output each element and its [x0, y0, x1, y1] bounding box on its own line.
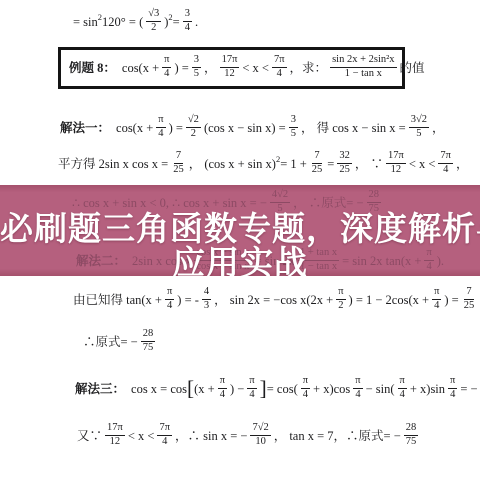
- math-line-intro-result: = sin2120° = (√32)2 = 34.: [73, 7, 198, 37]
- math-fraction: 7√210: [250, 422, 270, 448]
- math-text: ，求：: [290, 53, 328, 83]
- math-fraction: π4: [448, 375, 457, 401]
- example-8-box: 例题 8：cos(x + π4) = 35，17π12 < x < 7π4，求：…: [58, 47, 405, 89]
- math-text: ， 得 cos x − sin x =: [301, 113, 406, 143]
- math-text: ，: [432, 113, 445, 143]
- bold-label: 例题 8：: [69, 53, 116, 83]
- math-text: ) =: [169, 113, 183, 143]
- math-fraction: √32: [146, 8, 161, 34]
- math-text: < x <: [409, 149, 436, 179]
- banner-title-line-2: 应用实战: [0, 237, 480, 276]
- math-text: cos(x +: [122, 53, 159, 83]
- math-text: + x)cos: [313, 374, 350, 404]
- math-text: =: [327, 149, 334, 179]
- bold-label: 解法一：: [60, 113, 110, 143]
- math-text: ∴原式= −: [83, 327, 138, 357]
- bold-label: 解法三：: [75, 374, 125, 404]
- math-fraction: π4: [301, 375, 310, 401]
- math-fraction: 725: [171, 150, 186, 176]
- math-text: < x <: [128, 421, 155, 451]
- math-text: < x <: [242, 53, 269, 83]
- math-line-solution-3: 解法三：cos x = cos[(x + π4) − π4] = cos(π4 …: [75, 374, 480, 404]
- math-text: (x +: [194, 374, 215, 404]
- math-text: (cos x − sin x) =: [204, 113, 286, 143]
- math-fraction: 34: [183, 8, 192, 34]
- math-text: 由已知得 tan(x +: [73, 285, 162, 315]
- math-fraction: √22: [186, 114, 201, 140]
- math-fraction: 7π4: [272, 54, 287, 80]
- math-fraction: 7π4: [157, 422, 172, 448]
- math-fraction: 17π12: [105, 422, 125, 448]
- math-line-square-step: 平方得 2sin x cos x = 725， (cos x + sin x)2…: [58, 149, 469, 179]
- math-text: 平方得 2sin x cos x =: [58, 149, 168, 179]
- math-fraction: π4: [247, 375, 256, 401]
- math-text: .: [195, 7, 198, 37]
- math-fraction: 17π12: [220, 54, 240, 80]
- math-line-result-2: ∴原式= − 2875: [83, 327, 158, 357]
- math-text: =: [173, 7, 180, 37]
- math-text: ) =: [174, 53, 188, 83]
- math-text: = −: [460, 374, 477, 404]
- math-fraction: 725: [462, 286, 477, 312]
- math-fraction: sin 2x + 2sin²x1 − tan x: [330, 54, 396, 80]
- document-page: = sin2120° = (√32)2 = 34. 例题 8：cos(x + π…: [0, 0, 480, 480]
- math-fraction: 17π12: [386, 150, 406, 176]
- math-fraction: π4: [353, 375, 362, 401]
- math-text: ) = -: [177, 285, 199, 315]
- math-fraction: 35: [289, 114, 298, 140]
- math-text: ) −: [230, 374, 244, 404]
- math-fraction: 35: [192, 54, 201, 80]
- math-fraction: 3√25: [409, 114, 429, 140]
- promo-banner-overlay: ∴ cos x + sin x < 0, ∴ cos x + sin x = −…: [0, 185, 480, 276]
- math-line-solution-1: 解法一：cos(x + π4) = √22(cos x − sin x) = 3…: [60, 113, 445, 143]
- math-text: ， ∵: [355, 149, 383, 179]
- math-text: ) =: [444, 285, 458, 315]
- math-text: = cos(: [267, 374, 298, 404]
- big-bracket: ]: [260, 373, 267, 403]
- math-text: 120° = (: [102, 7, 143, 37]
- math-text: 又∵: [77, 421, 102, 451]
- math-fraction: 2875: [404, 422, 419, 448]
- math-fraction: 3225: [337, 150, 352, 176]
- math-text: = 1 +: [280, 149, 307, 179]
- math-text: ， (cos x + sin x): [189, 149, 276, 179]
- math-fraction: π4: [165, 286, 174, 312]
- math-text: − sin(: [366, 374, 395, 404]
- math-fraction: π4: [156, 114, 165, 140]
- math-text: cos(x +: [116, 113, 153, 143]
- big-bracket: [: [187, 373, 194, 403]
- math-line-example-8: 例题 8：cos(x + π4) = 35，17π12 < x < 7π4，求：…: [69, 53, 425, 83]
- math-text: cos x = cos: [131, 374, 187, 404]
- math-text: 的值: [400, 53, 425, 83]
- math-text: ， tan x = 7，∴原式= −: [274, 421, 401, 451]
- math-fraction: 43: [202, 286, 211, 312]
- math-fraction: π4: [398, 375, 407, 401]
- math-fraction: π4: [432, 286, 441, 312]
- math-text: = sin: [73, 7, 98, 37]
- math-text: ， sin 2x = −cos x(2x +: [214, 285, 333, 315]
- math-fraction: 725: [310, 150, 325, 176]
- math-line-final-result: 又∵ 17π12 < x < 7π4，∴ sin x = − 7√210， ta…: [77, 421, 421, 451]
- math-text: ，: [204, 53, 217, 83]
- math-text: ) = 1 − 2cos(x +: [349, 285, 430, 315]
- math-text: + x)sin: [410, 374, 445, 404]
- math-text: ，: [456, 149, 469, 179]
- math-fraction: 2875: [141, 328, 156, 354]
- math-fraction: π4: [162, 54, 171, 80]
- math-fraction: π2: [336, 286, 345, 312]
- math-fraction: 7π4: [438, 150, 453, 176]
- math-line-tangent-step: 由已知得 tan(x + π4) = -43， sin 2x = −cos x(…: [73, 285, 479, 315]
- math-text: ，∴ sin x = −: [175, 421, 247, 451]
- math-fraction: π4: [218, 375, 227, 401]
